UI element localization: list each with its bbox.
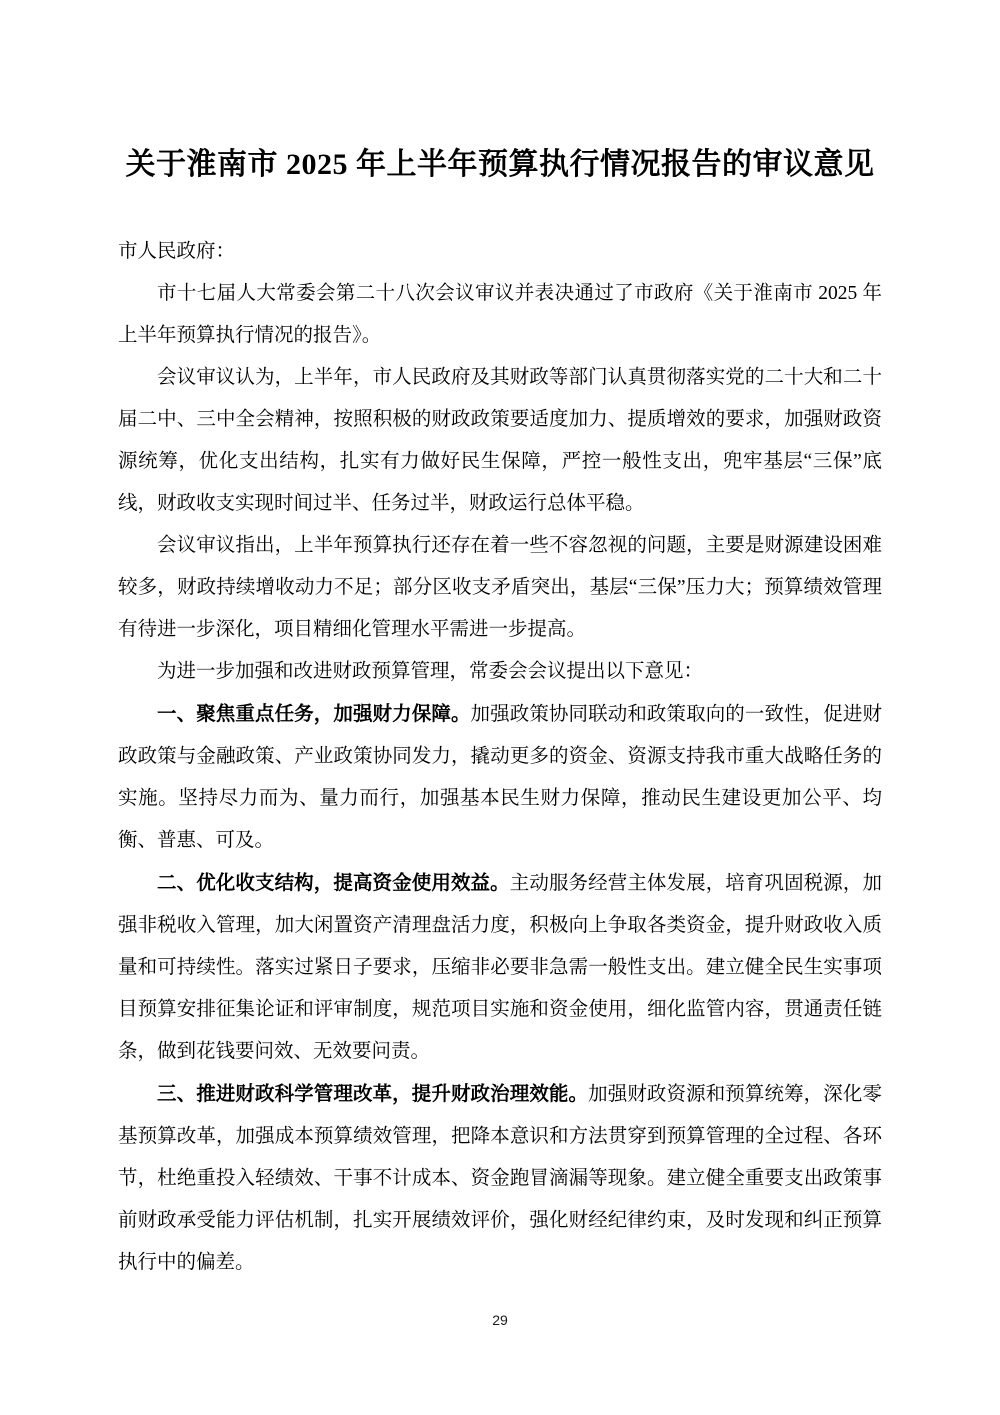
- document-title: 关于淮南市 2025 年上半年预算执行情况报告的审议意见: [58, 143, 942, 187]
- body-paragraph: 为进一步加强和改进财政预算管理，常委会会议提出以下意见：: [118, 651, 882, 693]
- paragraph-text: 会议审议指出，上半年预算执行还存在着一些不容忽视的问题，主要是财源建设困难较多，…: [118, 535, 882, 640]
- salutation: 市人民政府：: [118, 231, 882, 273]
- paragraph-lead-heading: 二、优化收支结构，提高资金使用效益。: [157, 872, 510, 894]
- paragraph-text: 市十七届人大常委会第二十八次会议审议并表决通过了市政府《关于淮南市 2025 年…: [118, 283, 882, 346]
- paragraph-text: 加强政策协同联动和政策取向的一致性，促进财政政策与金融政策、产业政策协同发力，撬…: [118, 704, 882, 851]
- body-paragraph: 三、推进财政科学管理改革，提升财政治理效能。加强财政资源和预算统筹，深化零基预算…: [118, 1073, 882, 1284]
- paragraph-text: 主动服务经营主体发展，培育巩固税源，加强非税收入管理，加大闲置资产清理盘活力度，…: [118, 873, 882, 1062]
- paragraph-text: 加强财政资源和预算统筹，深化零基预算改革，加强成本预算绩效管理，把降本意识和方法…: [118, 1084, 882, 1273]
- paragraph-text: 会议审议认为，上半年，市人民政府及其财政等部门认真贯彻落实党的二十大和二十届二中…: [118, 367, 882, 514]
- document-body: 市人民政府： 市十七届人大常委会第二十八次会议审议并表决通过了市政府《关于淮南市…: [118, 231, 882, 1284]
- paragraph-list: 市十七届人大常委会第二十八次会议审议并表决通过了市政府《关于淮南市 2025 年…: [118, 273, 882, 1284]
- body-paragraph: 会议审议指出，上半年预算执行还存在着一些不容忽视的问题，主要是财源建设困难较多，…: [118, 525, 882, 651]
- body-paragraph: 会议审议认为，上半年，市人民政府及其财政等部门认真贯彻落实党的二十大和二十届二中…: [118, 357, 882, 525]
- paragraph-lead-heading: 三、推进财政科学管理改革，提升财政治理效能。: [157, 1083, 588, 1105]
- paragraph-text: 为进一步加强和改进财政预算管理，常委会会议提出以下意见：: [157, 661, 703, 682]
- body-paragraph: 市十七届人大常委会第二十八次会议审议并表决通过了市政府《关于淮南市 2025 年…: [118, 273, 882, 357]
- body-paragraph: 一、聚焦重点任务，加强财力保障。加强政策协同联动和政策取向的一致性，促进财政政策…: [118, 693, 882, 862]
- page-number: 29: [0, 1312, 1000, 1328]
- body-paragraph: 二、优化收支结构，提高资金使用效益。主动服务经营主体发展，培育巩固税源，加强非税…: [118, 862, 882, 1073]
- document-page: 关于淮南市 2025 年上半年预算执行情况报告的审议意见 市人民政府： 市十七届…: [0, 0, 1000, 1415]
- paragraph-lead-heading: 一、聚焦重点任务，加强财力保障。: [157, 703, 471, 725]
